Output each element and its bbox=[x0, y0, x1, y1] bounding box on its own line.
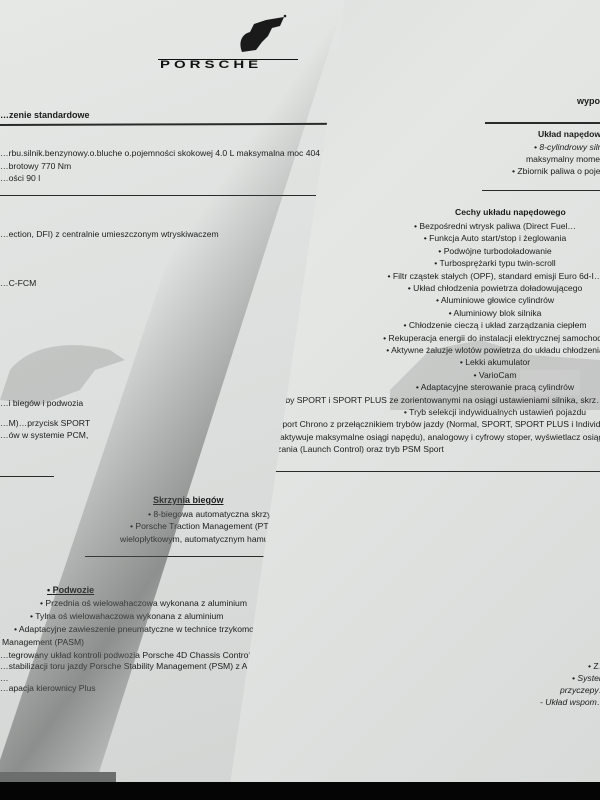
sport-line: …M)…przycisk SPORT bbox=[0, 418, 90, 429]
watermark-car-icon bbox=[390, 330, 600, 420]
chassis-item: • Przednia oś wielowahaczowa wykonana z … bbox=[40, 598, 247, 609]
feature-item: • Układ chłodzenia powietrza doładowując… bbox=[408, 283, 583, 294]
feature-item: • Bezpośredni wtrysk paliwa (Direct Fuel… bbox=[414, 221, 576, 232]
drive-item: • 8-cylindrowy silnik… bbox=[534, 142, 600, 153]
feature-item: • Aluminiowy blok silnika bbox=[449, 308, 542, 319]
tail-item: przyczepy… bbox=[560, 685, 600, 696]
injection-line: …ection, DFI) z centralnie umieszczonym … bbox=[0, 229, 219, 240]
features-title: Cechy układu napędowego bbox=[455, 207, 566, 218]
sport-line: …ów w systemie PCM, bbox=[0, 430, 88, 441]
gearbox-chassis-line: …i biegów i podwozia bbox=[0, 398, 83, 409]
tail-item: - Układ wspom… bbox=[540, 697, 600, 708]
engine-line: …brotowy 770 Nm bbox=[0, 161, 71, 172]
drive-title: Układ napędowy bbox=[538, 129, 600, 140]
divider bbox=[482, 190, 600, 191]
tail-item: • Systemy… bbox=[572, 673, 600, 684]
engine-line: …rbu.silnik.benzynowy.o.bluche o.pojemno… bbox=[0, 148, 378, 159]
feature-item: • Aluminiowe głowice cylindrów bbox=[436, 295, 554, 306]
feature-item: • Turbosprężarki typu twin-scroll bbox=[434, 258, 555, 269]
logo-rule bbox=[158, 59, 298, 60]
bottom-edge bbox=[0, 782, 600, 800]
pcm-line: …C-FCM bbox=[0, 278, 36, 289]
right-section-divider bbox=[485, 122, 600, 124]
right-section-title: wypo… bbox=[577, 96, 600, 107]
feature-item: • Funkcja Auto start/stop i żeglowania bbox=[424, 233, 567, 244]
drive-item: • Zbiornik paliwa o pojem… bbox=[512, 166, 600, 177]
engine-line: …ości 90 l bbox=[0, 173, 40, 184]
chassis-title: • Podwozie bbox=[47, 585, 94, 596]
gearbox-title: Skrzynia biegów bbox=[153, 495, 224, 506]
chassis-item-cont: Management (PASM) bbox=[2, 637, 84, 648]
chassis-item: …apacja kierownicy Plus bbox=[0, 683, 96, 694]
feature-item: • Podwójne turbodoładowanie bbox=[438, 246, 551, 257]
tail-item: • Z… bbox=[588, 661, 600, 672]
feature-item: • Pakiet Sport Chrono z przełącznikiem t… bbox=[245, 419, 600, 430]
chassis-item: …tegrowany układ kontroli podwozia Porsc… bbox=[0, 650, 250, 661]
section-title: …zenie standardowe bbox=[0, 110, 90, 121]
porsche-crest-icon bbox=[228, 12, 288, 57]
brand-wordmark: PORSCHE bbox=[160, 58, 262, 71]
feature-item: • Filtr cząstek stałych (OPF), standard … bbox=[387, 271, 600, 282]
divider bbox=[0, 195, 316, 196]
chassis-item: • Tylna oś wielowahaczowa wykonana z alu… bbox=[30, 611, 223, 622]
divider bbox=[0, 476, 54, 477]
feature-item: Response (aktywuje maksymalne osiągi nap… bbox=[236, 432, 600, 443]
drive-item-cont: maksymalny moment… bbox=[526, 154, 600, 165]
